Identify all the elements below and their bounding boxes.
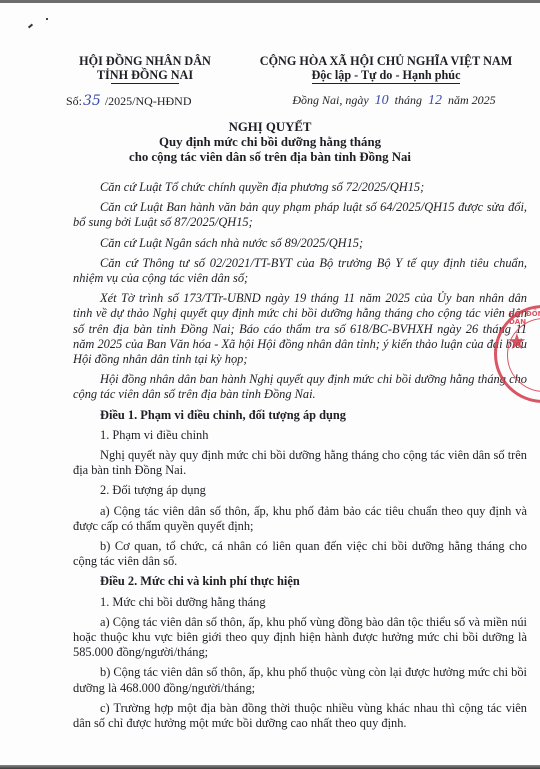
article-1-clause-2-heading: 2. Đối tượng áp dụng	[73, 483, 527, 498]
document-body: Căn cứ Luật Tổ chức chính quyền địa phươ…	[73, 180, 527, 736]
national-motto: Độc lập - Tự do - Hạnh phúc	[312, 68, 461, 84]
number-label: Số:	[66, 94, 82, 108]
number-suffix: /2025/NQ-HĐND	[105, 94, 192, 108]
preamble-3: Căn cứ Luật Ngân sách nhà nước số 89/202…	[73, 236, 527, 251]
seal-star-icon: ★	[507, 330, 527, 355]
issuer-underline	[111, 83, 179, 84]
date-prefix: Đồng Nai, ngày	[292, 93, 368, 107]
country-name: CỘNG HÒA XÃ HỘI CHỦ NGHĨA VIỆT NAM	[238, 54, 534, 68]
article-1-heading: Điều 1. Phạm vi điều chỉnh, đối tượng áp…	[73, 408, 527, 423]
scan-top-edge	[0, 0, 540, 3]
date-day: 10	[375, 93, 389, 108]
article-2-clause-1-a: a) Cộng tác viên dân số thôn, ấp, khu ph…	[73, 615, 527, 661]
pen-dot	[46, 18, 48, 20]
document-type: NGHỊ QUYẾT	[60, 120, 480, 135]
scan-bottom-edge	[0, 765, 540, 769]
issuer-block: HỘI ĐỒNG NHÂN DÂN TỈNH ĐỒNG NAI	[60, 54, 230, 84]
preamble-5: Xét Tờ trình số 173/TTr-UBND ngày 19 thá…	[73, 291, 527, 367]
preamble-4: Căn cứ Thông tư số 02/2021/TT-BYT của Bộ…	[73, 256, 527, 286]
number-handwritten: 35	[83, 93, 101, 109]
article-2-clause-1-b: b) Cộng tác viên dân số thôn, ấp, khu ph…	[73, 665, 527, 695]
date-month: 12	[428, 93, 442, 108]
national-header: CỘNG HÒA XÃ HỘI CHỦ NGHĨA VIỆT NAM Độc l…	[238, 54, 534, 84]
title-line-2: cho cộng tác viên dân số trên địa bàn tỉ…	[60, 150, 480, 165]
article-2-clause-1-heading: 1. Mức chi bồi dưỡng hằng tháng	[73, 595, 527, 610]
article-2-heading: Điều 2. Mức chi và kinh phí thực hiện	[73, 574, 527, 589]
article-1-clause-2-a: a) Cộng tác viên dân số thôn, ấp, khu ph…	[73, 504, 527, 534]
article-1-clause-1-text: Nghị quyết này quy định mức chi bồi dưỡn…	[73, 448, 527, 478]
preamble-1: Căn cứ Luật Tổ chức chính quyền địa phươ…	[73, 180, 527, 195]
title-line-1: Quy định mức chi bồi dưỡng hằng tháng	[60, 135, 480, 150]
document-number: Số:35/2025/NQ-HĐND	[66, 93, 192, 109]
preamble-2: Căn cứ Luật Ban hành văn bản quy phạm ph…	[73, 200, 527, 230]
article-1-clause-2-b: b) Cơ quan, tổ chức, cá nhân có liên qua…	[73, 539, 527, 569]
pen-mark	[28, 24, 33, 29]
issuer-province: TỈNH ĐỒNG NAI	[60, 68, 230, 82]
article-1-clause-1-heading: 1. Phạm vi điều chỉnh	[73, 428, 527, 443]
issue-date: Đồng Nai, ngày 10 tháng 12 năm 2025	[254, 93, 534, 109]
preamble-6: Hội đồng nhân dân ban hành Nghị quyết qu…	[73, 372, 527, 402]
issuer-name: HỘI ĐỒNG NHÂN DÂN	[60, 54, 230, 68]
date-year: năm 2025	[448, 93, 496, 107]
date-month-label: tháng	[395, 93, 422, 107]
article-2-clause-1-c: c) Trường hợp một địa bàn đồng thời thuộ…	[73, 701, 527, 731]
seal-text: HỘI ĐỒNG NHÂN DÂN	[509, 310, 540, 326]
document-title: NGHỊ QUYẾT Quy định mức chi bồi dưỡng hằ…	[60, 120, 480, 165]
